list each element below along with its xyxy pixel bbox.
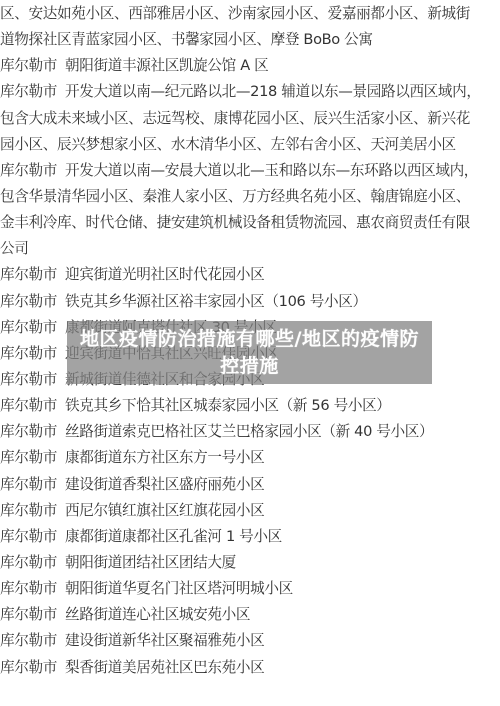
document-line: 区、安达如苑小区、西部雅居小区、沙南家园小区、爱嘉丽都小区、新城街 <box>0 1 500 27</box>
document-line: 库尔勒市朝阳街道团结社区团结大厦 <box>0 550 500 576</box>
document-line: 库尔勒市康都街道康都社区孔雀河 1 号小区 <box>0 524 500 550</box>
location-text: 铁克其乡下恰其社区城泰家园小区（新 56 号小区） <box>65 397 391 414</box>
document-line: 公司 <box>0 236 500 262</box>
location-text: 道物探社区青蓝家园小区、书馨家园小区、摩登 BoBo 公寓 <box>0 31 373 48</box>
document-line: 库尔勒市铁克其乡华源社区裕丰家园小区（106 号小区） <box>0 289 500 315</box>
document-line: 库尔勒市丝路街道索克巴格社区艾兰巴格家园小区（新 40 号小区） <box>0 419 500 445</box>
document-line: 园小区、辰兴梦想家小区、水木清华小区、左邻右舍小区、天河美居小区 <box>0 132 500 158</box>
document-line: 库尔勒市丝路街道连心社区城安苑小区 <box>0 602 500 628</box>
document-line: 库尔勒市梨香街道美居苑社区巴东苑小区 <box>0 655 500 681</box>
city-label: 库尔勒市 <box>0 315 57 341</box>
document-line: 库尔勒市建设街道香梨社区盛府丽苑小区 <box>0 472 500 498</box>
city-label: 库尔勒市 <box>0 79 57 105</box>
document-line: 库尔勒市西尼尔镇红旗社区红旗花园小区 <box>0 498 500 524</box>
location-text: 开发大道以南—安晨大道以北—玉和路以东—东环路以西区域内， <box>65 162 478 179</box>
location-text: 建设街道香梨社区盛府丽苑小区 <box>65 476 264 493</box>
city-label: 库尔勒市 <box>0 576 57 602</box>
location-text: 园小区、辰兴梦想家小区、水木清华小区、左邻右舍小区、天河美居小区 <box>0 136 456 153</box>
location-text: 康都街道东方社区东方一号小区 <box>65 449 264 466</box>
city-label: 库尔勒市 <box>0 524 57 550</box>
city-label: 库尔勒市 <box>0 367 57 393</box>
document-line: 库尔勒市铁克其乡下恰其社区城泰家园小区（新 56 号小区） <box>0 393 500 419</box>
location-text: 朝阳街道团结社区团结大厦 <box>65 554 236 571</box>
location-text: 金丰利冷库、时代仓储、捷安建筑机械设备租赁物流园、惠农商贸责任有限 <box>0 214 470 231</box>
city-label: 库尔勒市 <box>0 498 57 524</box>
document-line: 库尔勒市建设街道新华社区聚福雅苑小区 <box>0 628 500 654</box>
location-text: 区、安达如苑小区、西部雅居小区、沙南家园小区、爱嘉丽都小区、新城街 <box>0 5 470 22</box>
city-label: 库尔勒市 <box>0 550 57 576</box>
title-overlay-banner: 地区疫情防治措施有哪些/地区的疫情防控措施 <box>67 321 432 384</box>
location-text: 公司 <box>0 240 29 257</box>
document-line: 库尔勒市开发大道以南—安晨大道以北—玉和路以东—东环路以西区域内， <box>0 158 500 184</box>
location-text: 铁克其乡华源社区裕丰家园小区（106 号小区） <box>65 293 367 310</box>
location-text: 开发大道以南—纪元路以北—218 辅道以东—景园路以西区域内， <box>65 83 481 100</box>
location-text: 丝路街道连心社区城安苑小区 <box>65 606 250 623</box>
location-text: 朝阳街道丰源社区凯旋公馆 A 区 <box>65 57 268 74</box>
city-label: 库尔勒市 <box>0 655 57 681</box>
banner-title: 地区疫情防治措施有哪些/地区的疫情防控措施 <box>80 326 420 380</box>
city-label: 库尔勒市 <box>0 602 57 628</box>
city-label: 库尔勒市 <box>0 445 57 471</box>
city-label: 库尔勒市 <box>0 393 57 419</box>
city-label: 库尔勒市 <box>0 472 57 498</box>
document-line: 金丰利冷库、时代仓储、捷安建筑机械设备租赁物流园、惠农商贸责任有限 <box>0 210 500 236</box>
location-text: 包含华景清华园小区、秦淮人家小区、万方经典名苑小区、翰唐锦庭小区、 <box>0 188 470 205</box>
city-label: 库尔勒市 <box>0 262 57 288</box>
document-line: 库尔勒市康都街道东方社区东方一号小区 <box>0 445 500 471</box>
document-line: 库尔勒市迎宾街道光明社区时代花园小区 <box>0 262 500 288</box>
document-line: 库尔勒市开发大道以南—纪元路以北—218 辅道以东—景园路以西区域内， <box>0 79 500 105</box>
city-label: 库尔勒市 <box>0 53 57 79</box>
location-text: 包含大成未来域小区、志远驾校、康博花园小区、辰兴生活家小区、新兴花 <box>0 110 470 127</box>
location-text: 梨香街道美居苑社区巴东苑小区 <box>65 659 264 676</box>
document-line: 库尔勒市朝阳街道华夏名门社区塔河明城小区 <box>0 576 500 602</box>
location-text: 建设街道新华社区聚福雅苑小区 <box>65 632 264 649</box>
document-line: 包含大成未来域小区、志远驾校、康博花园小区、辰兴生活家小区、新兴花 <box>0 106 500 132</box>
location-text: 康都街道康都社区孔雀河 1 号小区 <box>65 528 282 545</box>
city-label: 库尔勒市 <box>0 341 57 367</box>
location-text: 朝阳街道华夏名门社区塔河明城小区 <box>65 580 293 597</box>
city-label: 库尔勒市 <box>0 158 57 184</box>
location-text: 丝路街道索克巴格社区艾兰巴格家园小区（新 40 号小区） <box>65 423 433 440</box>
city-label: 库尔勒市 <box>0 289 57 315</box>
document-line: 包含华景清华园小区、秦淮人家小区、万方经典名苑小区、翰唐锦庭小区、 <box>0 184 500 210</box>
location-text: 迎宾街道光明社区时代花园小区 <box>65 266 264 283</box>
location-text: 西尼尔镇红旗社区红旗花园小区 <box>65 502 264 519</box>
city-label: 库尔勒市 <box>0 419 57 445</box>
document-line: 库尔勒市朝阳街道丰源社区凯旋公馆 A 区 <box>0 53 500 79</box>
document-line: 道物探社区青蓝家园小区、书馨家园小区、摩登 BoBo 公寓 <box>0 27 500 53</box>
city-label: 库尔勒市 <box>0 628 57 654</box>
